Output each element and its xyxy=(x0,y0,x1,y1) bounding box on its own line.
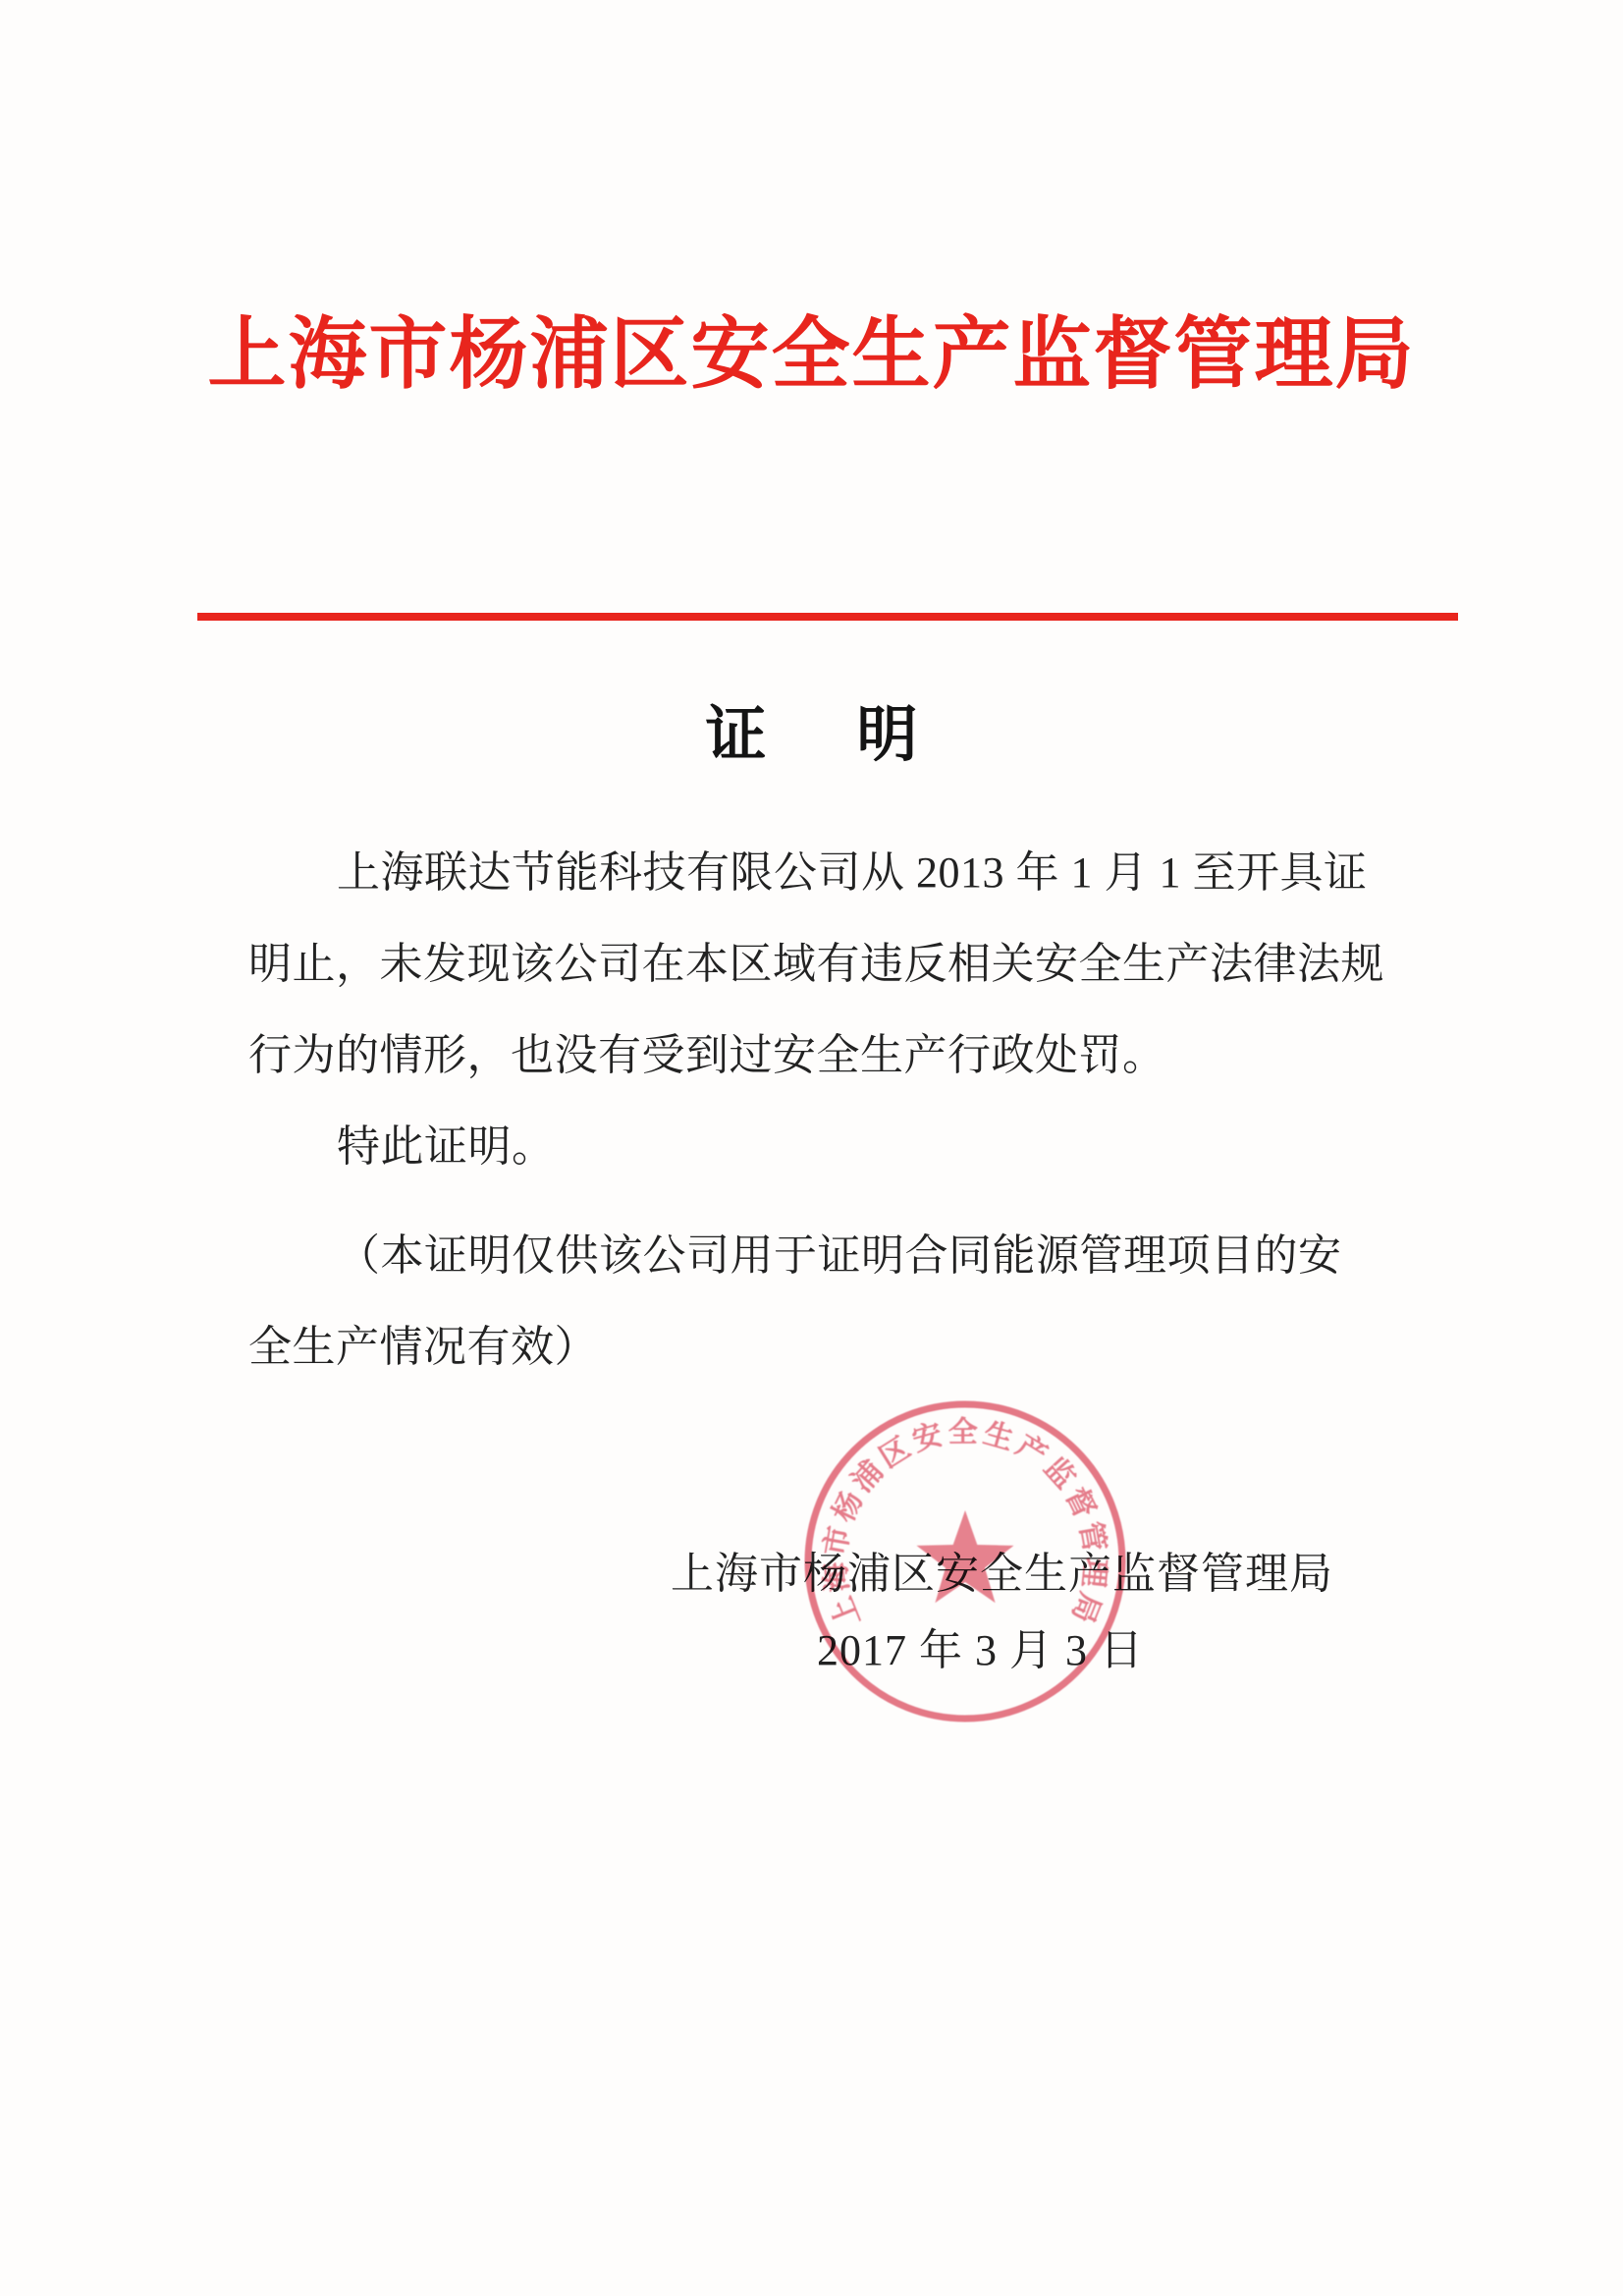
heading-char-ming: 明 xyxy=(857,702,918,769)
signature-agency: 上海市杨浦区安全生产监督管理局 xyxy=(671,1538,1333,1601)
text-line: 明止，未发现该公司在本区域有违反相关安全生产法律法规 xyxy=(248,918,1397,1010)
text-line: 行为的情形，也没有受到过安全生产行政处罚。 xyxy=(248,1010,1397,1101)
text-line: 上海联达节能科技有限公司从 2013 年 1 月 1 至开具证 xyxy=(248,827,1397,918)
agency-header-title: 上海市杨浦区安全生产监督管理局 xyxy=(0,291,1623,404)
text-line: 全生产情况有效） xyxy=(248,1301,1397,1393)
body-paragraph-note: （本证明仅供该公司用于证明合同能源管理项目的安 全生产情况有效） xyxy=(248,1210,1397,1393)
certificate-heading: 证明 xyxy=(0,685,1623,773)
red-divider-rule xyxy=(197,613,1458,621)
text-line: 特此证明。 xyxy=(248,1101,1397,1192)
heading-char-zheng: 证 xyxy=(705,702,766,769)
body-paragraph-main: 上海联达节能科技有限公司从 2013 年 1 月 1 至开具证 明止，未发现该公… xyxy=(248,827,1397,1192)
text-line: （本证明仅供该公司用于证明合同能源管理项目的安 xyxy=(248,1210,1397,1301)
certificate-page: 上海市杨浦区安全生产监督管理局 证明 上海联达节能科技有限公司从 2013 年 … xyxy=(0,0,1623,2296)
signature-date: 2017 年 3 月 3 日 xyxy=(817,1614,1144,1677)
